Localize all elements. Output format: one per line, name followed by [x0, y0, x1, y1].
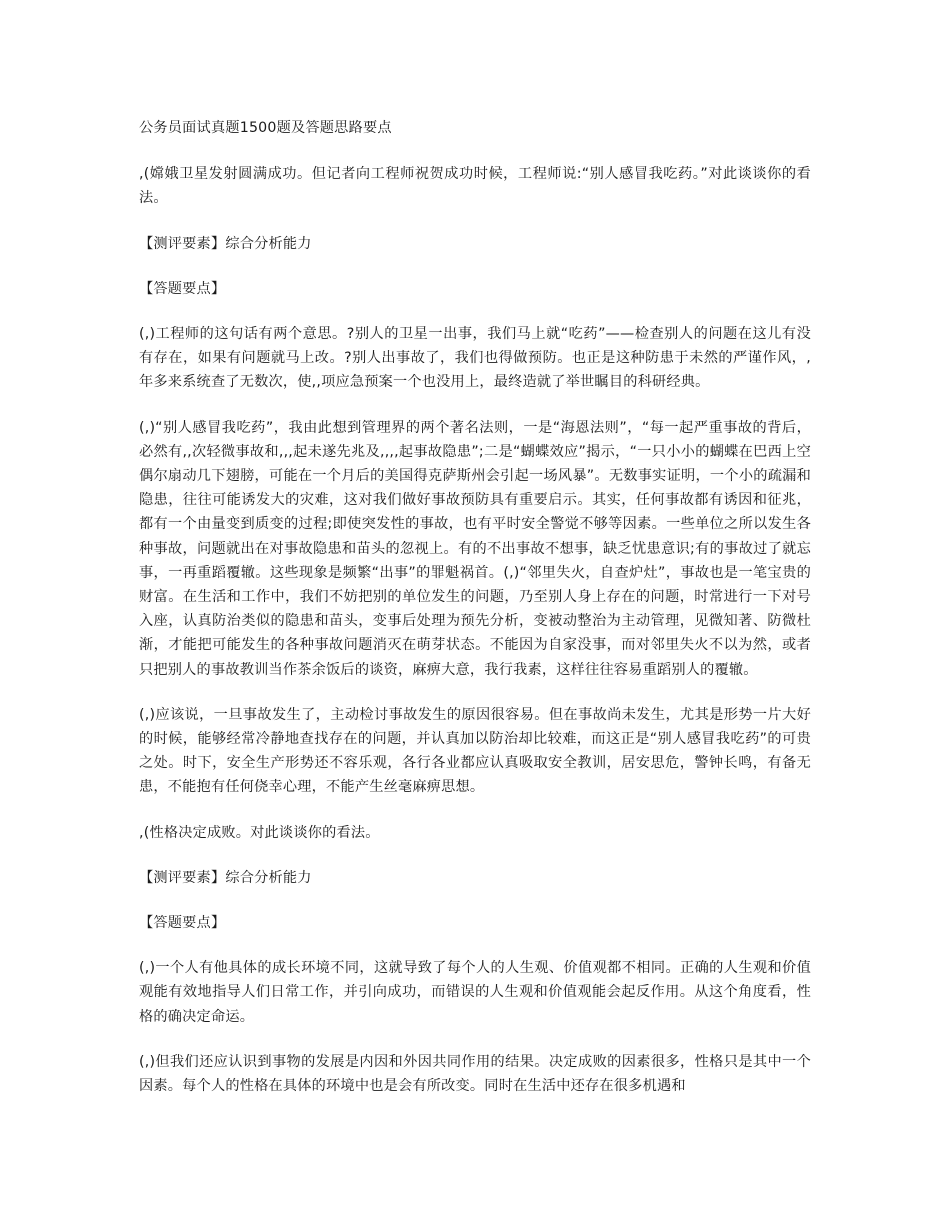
- assessment-element-1: 【测评要素】综合分析能力: [139, 232, 811, 256]
- document-title: 公务员面试真题1500题及答题思路要点: [139, 116, 811, 140]
- question-2: ,(性格决定成败。对此谈谈你的看法。: [139, 821, 811, 845]
- answer-points-heading-2: 【答题要点】: [139, 911, 811, 935]
- answer-paragraph-2-2: (,)但我们还应认识到事物的发展是内因和外因共同作用的结果。决定成败的因素很多，…: [139, 1050, 811, 1098]
- assessment-element-2: 【测评要素】综合分析能力: [139, 866, 811, 890]
- document-page: 公务员面试真题1500题及答题思路要点 ,(嫦娥卫星发射圆满成功。但记者向工程师…: [139, 116, 811, 1119]
- answer-paragraph-1-3: (,)应该说，一旦事故发生了，主动检讨事故发生的原因很容易。但在事故尚未发生，尤…: [139, 703, 811, 800]
- answer-paragraph-2-1: (,)一个人有他具体的成长环境不同，这就导致了每个人的人生观、价值观都不相同。正…: [139, 956, 811, 1029]
- answer-points-heading-1: 【答题要点】: [139, 277, 811, 301]
- answer-paragraph-1-2: (,)“别人感冒我吃药”，我由此想到管理界的两个著名法则，一是“海恩法则”，“每…: [139, 416, 811, 682]
- answer-paragraph-1-1: (,)工程师的这句话有两个意思。?别人的卫星一出事，我们马上就“吃药”——检查别…: [139, 322, 811, 395]
- question-1: ,(嫦娥卫星发射圆满成功。但记者向工程师祝贺成功时候，工程师说:“别人感冒我吃药…: [139, 162, 811, 210]
